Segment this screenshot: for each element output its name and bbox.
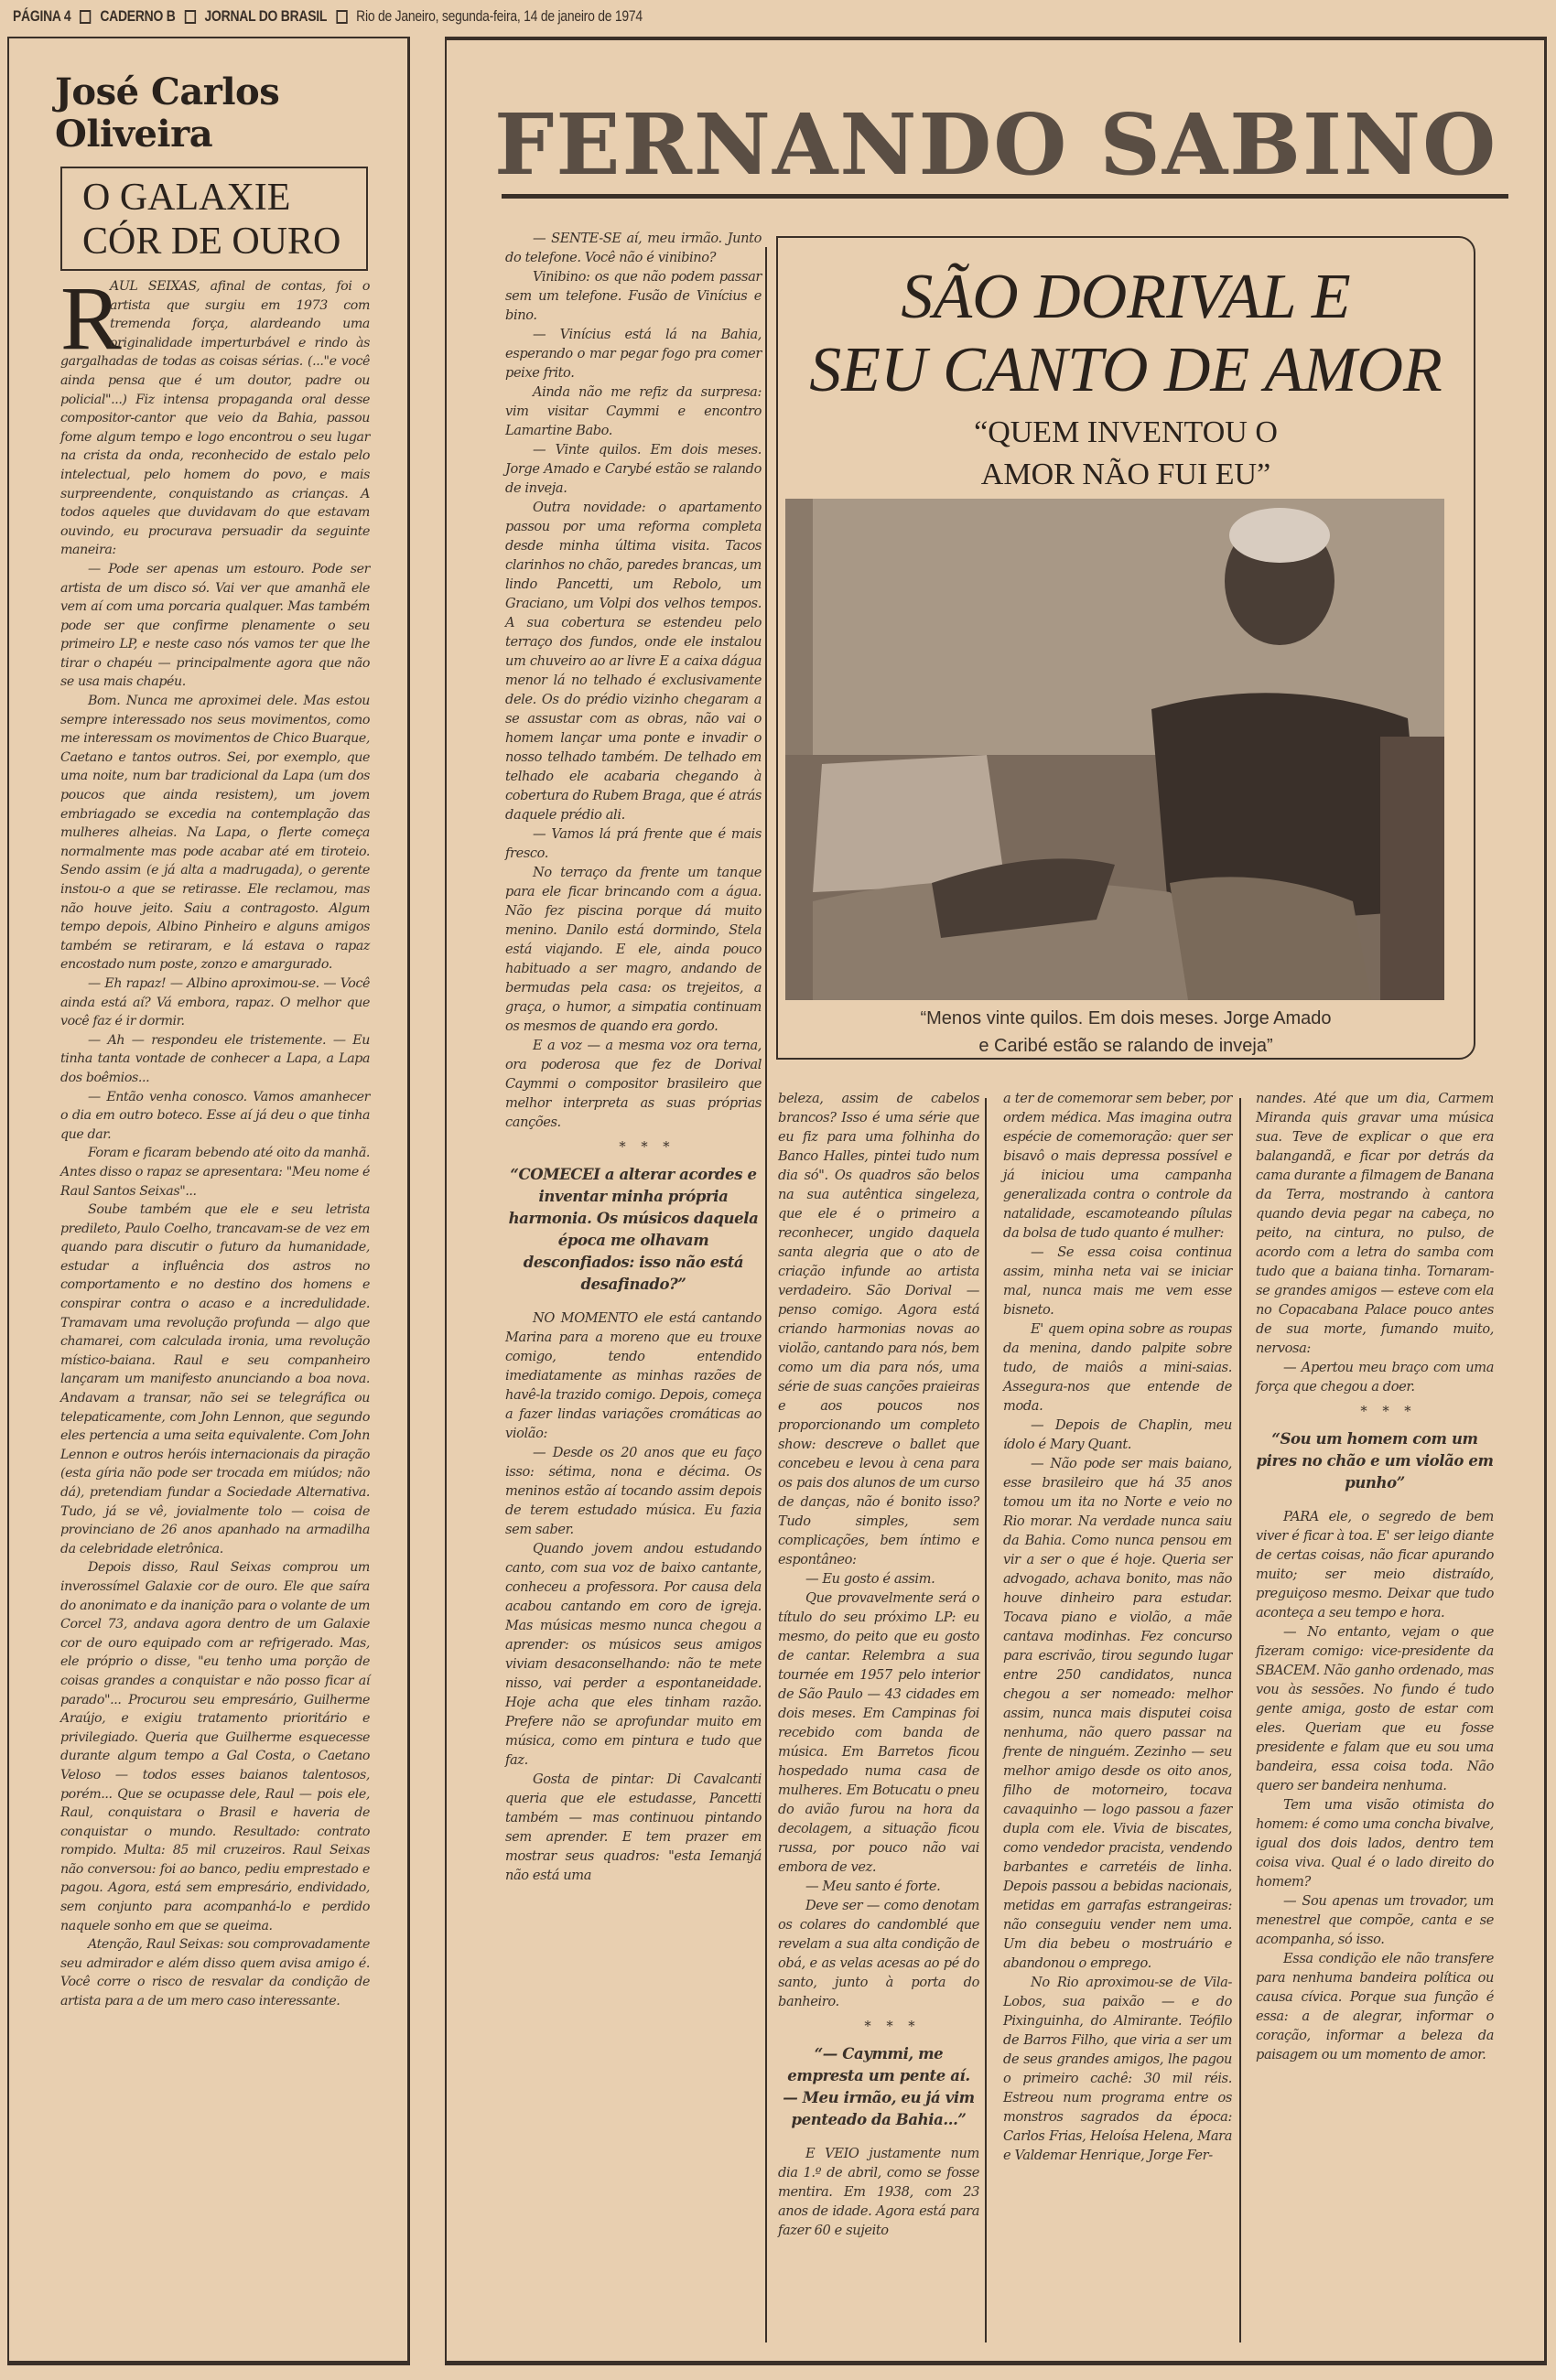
column-rule — [765, 247, 767, 2342]
paragraph: — Vamos lá prá frente que é mais fresco. — [505, 824, 762, 863]
paragraph: — Sou apenas um trovador, um menestrel q… — [1256, 1891, 1494, 1949]
paragraph: Vinibino: os que não podem passar sem um… — [505, 267, 762, 325]
paragraph: Foram e ficaram bebendo até oito da manh… — [60, 1144, 370, 1201]
paragraph: Outra novidade: o apartamento passou por… — [505, 498, 762, 824]
section-separator: * * * — [505, 1137, 762, 1157]
paragraph: No Rio aproximou-se de Vila-Lobos, sua p… — [1003, 1973, 1232, 2165]
newspaper-name: JORNAL DO BRASIL — [205, 7, 328, 25]
paragraph: a ter de comemorar sem beber, por ordem … — [1003, 1089, 1232, 1243]
paragraph: E a voz — a mesma voz ora terna, ora pod… — [505, 1036, 762, 1132]
caption-line: “Menos vinte quilos. Em dois meses. Jorg… — [787, 1005, 1464, 1032]
paragraph: Bom. Nunca me aproximei dele. Mas estou … — [60, 692, 370, 975]
square-bullet-icon — [80, 10, 91, 24]
subheadline: “QUEM INVENTOU O AMOR NÃO FUI EU” — [787, 412, 1464, 496]
paragraph: — Eu gosto é assim. — [778, 1569, 979, 1588]
portrait-photo-icon — [785, 499, 1444, 1000]
right-article-column-3: a ter de comemorar sem beber, por ordem … — [1003, 1089, 1232, 2165]
section-separator: * * * — [778, 2017, 979, 2036]
author-last-name: Oliveira — [55, 113, 384, 156]
dropcap-spacer — [60, 277, 110, 347]
caption-line: e Caribé estão se ralando de inveja” — [787, 1032, 1464, 1060]
author-first-name: José Carlos — [55, 71, 384, 113]
section-name: CADERNO B — [100, 7, 175, 25]
title-rule — [502, 194, 1508, 199]
paragraph: Soube também que ele e seu letrista pred… — [60, 1201, 370, 1558]
paragraph: Que provavelmente será o título do seu p… — [778, 1588, 979, 1877]
page-header: PÁGINA 4CADERNO BJORNAL DO BRASILRio de … — [13, 7, 643, 35]
paragraph: — Então venha conosco. Vamos amanhecer o… — [60, 1088, 370, 1145]
pull-quote: “Sou um homem com um pires no chão e um … — [1256, 1428, 1494, 1494]
paragraph: Essa condição ele não transfere para nen… — [1256, 1949, 1494, 2064]
column-rule — [1239, 1098, 1241, 2342]
page-number: PÁGINA 4 — [13, 7, 70, 25]
paragraph: Ainda não me refiz da surpresa: vim visi… — [505, 382, 762, 440]
paragraph: No terraço da frente um tanque para ele … — [505, 863, 762, 1036]
left-article-body: AUL SEIXAS, afinal de contas, foi o arti… — [60, 277, 370, 2011]
paragraph: — Se essa coisa continua assim, minha ne… — [1003, 1243, 1232, 1319]
paragraph: nandes. Até que um dia, Carmem Miranda q… — [1256, 1089, 1494, 1358]
title-line: O GALAXIE — [82, 176, 366, 220]
headline-line: SEU CANTO DE AMOR — [787, 334, 1464, 407]
pull-quote: “COMECEI a alterar acordes e inventar mi… — [505, 1164, 762, 1296]
paragraph: — Pode ser apenas um estouro. Pode ser a… — [60, 560, 370, 692]
paragraph: E' quem opina sobre as roupas da menina,… — [1003, 1319, 1232, 1416]
paragraph: Quando jovem andou estudando canto, com … — [505, 1539, 762, 1770]
paragraph: Gosta de pintar: Di Cavalcanti queria qu… — [505, 1770, 762, 1885]
square-bullet-icon — [336, 10, 347, 24]
paragraph: NO MOMENTO ele está cantando Marina para… — [505, 1308, 762, 1443]
paragraph: Depois disso, Raul Seixas comprou um inv… — [60, 1558, 370, 1935]
paragraph: — Depois de Chaplin, meu ídolo é Mary Qu… — [1003, 1416, 1232, 1454]
square-bullet-icon — [184, 10, 195, 24]
right-article-column-4: nandes. Até que um dia, Carmem Miranda q… — [1256, 1089, 1494, 2064]
paragraph: — Vinícius está lá na Bahia, esperando o… — [505, 325, 762, 382]
paragraph: Tem uma visão otimista do homem: é como … — [1256, 1795, 1494, 1891]
paragraph: — Apertou meu braço com uma força que ch… — [1256, 1358, 1494, 1396]
section-separator: * * * — [1256, 1402, 1494, 1421]
paragraph: — Meu santo é forte. — [778, 1877, 979, 1896]
paragraph: — Eh rapaz! — Albino aproximou-se. — Voc… — [60, 975, 370, 1031]
left-article-title: O GALAXIE CÓR DE OURO — [60, 167, 368, 271]
left-author-byline: José Carlos Oliveira — [55, 71, 384, 156]
paragraph: — Desde os 20 anos que eu faço isso: sét… — [505, 1443, 762, 1539]
paragraph: — SENTE-SE aí, meu irmão. Junto do telef… — [505, 229, 762, 267]
dateline: Rio de Janeiro, segunda-feira, 14 de jan… — [356, 7, 643, 25]
column-rule — [985, 1098, 987, 2342]
photo-caption: “Menos vinte quilos. Em dois meses. Jorg… — [787, 1005, 1464, 1060]
right-article-column-1: — SENTE-SE aí, meu irmão. Junto do telef… — [505, 229, 762, 1885]
subhead-line: “QUEM INVENTOU O — [787, 412, 1464, 454]
title-line: CÓR DE OURO — [82, 220, 366, 264]
right-article-column-2: beleza, assim de cabelos brancos? Isso é… — [778, 1089, 979, 2240]
pull-quote: “— Caymmi, me empresta um pente aí. — Me… — [778, 2043, 979, 2131]
paragraph: — Vinte quilos. Em dois meses. Jorge Ama… — [505, 440, 762, 498]
columnist-name: FERNANDO SABINO — [494, 99, 1510, 190]
paragraph: — Não pode ser mais baiano, esse brasile… — [1003, 1454, 1232, 1973]
paragraph: — No entanto, vejam o que fizeram comigo… — [1256, 1622, 1494, 1795]
paragraph: beleza, assim de cabelos brancos? Isso é… — [778, 1089, 979, 1569]
paragraph: Atenção, Raul Seixas: sou comprovadament… — [60, 1935, 370, 2010]
headline-line: SÃO DORIVAL E — [787, 261, 1464, 334]
headline: SÃO DORIVAL E SEU CANTO DE AMOR — [787, 261, 1464, 407]
article-photo — [785, 499, 1444, 1000]
subhead-line: AMOR NÃO FUI EU” — [787, 454, 1464, 496]
paragraph: PARA ele, o segredo de bem viver é ficar… — [1256, 1507, 1494, 1622]
paragraph: E VEIO justamente num dia 1.º de abril, … — [778, 2144, 979, 2240]
paragraph: Deve ser — como denotam os colares do ca… — [778, 1896, 979, 2011]
paragraph: — Ah — respondeu ele tristemente. — Eu t… — [60, 1031, 370, 1088]
